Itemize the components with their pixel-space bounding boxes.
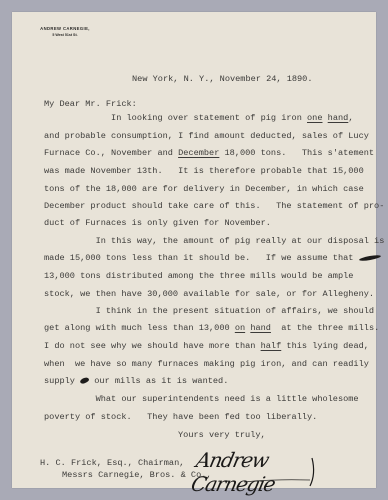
body-line: poverty of stock. They have been fed too…	[44, 412, 317, 422]
underlined-word: hand	[250, 323, 271, 333]
dateline: New York, N. Y., November 24, 1890.	[132, 74, 313, 84]
body-line: In this way, the amount of pig really at…	[44, 236, 384, 246]
body-line: tons of the 18,000 are for delivery in D…	[44, 184, 364, 194]
body-line: and probable consumption, I find amount …	[44, 131, 369, 141]
body-line: What our superintendents need is a littl…	[44, 394, 359, 404]
salutation: My Dear Mr. Frick:	[44, 99, 137, 109]
body-line: I think in the present situation of affa…	[44, 306, 374, 316]
recipient-line-1: H. C. Frick, Esq., Chairman,	[40, 458, 184, 468]
body-line: 13,000 tons distributed among the three …	[44, 271, 353, 281]
letterhead-address: 5 West 51st St.	[25, 32, 105, 38]
underlined-word: half	[261, 341, 282, 351]
underlined-word: hand	[328, 113, 349, 123]
body-line: December product should take care of thi…	[44, 201, 384, 211]
ink-blot-icon	[358, 254, 380, 262]
underlined-word: one	[307, 113, 322, 123]
signature: Andrew Carnegie	[192, 444, 352, 490]
recipient-line-2: Messrs Carnegie, Bros. & Co.,	[62, 470, 212, 480]
body-line: I do not see why we should have more tha…	[44, 341, 369, 351]
body-line: was made November 13th. It is therefore …	[44, 166, 364, 176]
body-line: Furnace Co., November and December 18,00…	[44, 148, 374, 158]
body-line: supply our mills as it is wanted.	[44, 376, 228, 386]
letterhead: ANDREW CARNEGIE, 5 West 51st St.	[25, 26, 105, 38]
body-line: duct of Furnaces is only given for Novem…	[44, 218, 271, 228]
underlined-word: December	[178, 148, 219, 158]
ink-blot-icon	[79, 377, 89, 385]
underlined-word: on	[235, 323, 245, 333]
signature-flourish-icon	[192, 444, 352, 490]
body-line: In looking over statement of pig iron on…	[44, 113, 353, 123]
closing: Yours very truly,	[178, 430, 266, 440]
body-line: get along with much less than 13,000 on …	[44, 323, 379, 333]
body-line: stock, we then have 30,000 available for…	[44, 289, 374, 299]
body-line: made 15,000 tons less than it should be.…	[44, 253, 381, 263]
body-line: when we have so many furnaces making pig…	[44, 359, 369, 369]
